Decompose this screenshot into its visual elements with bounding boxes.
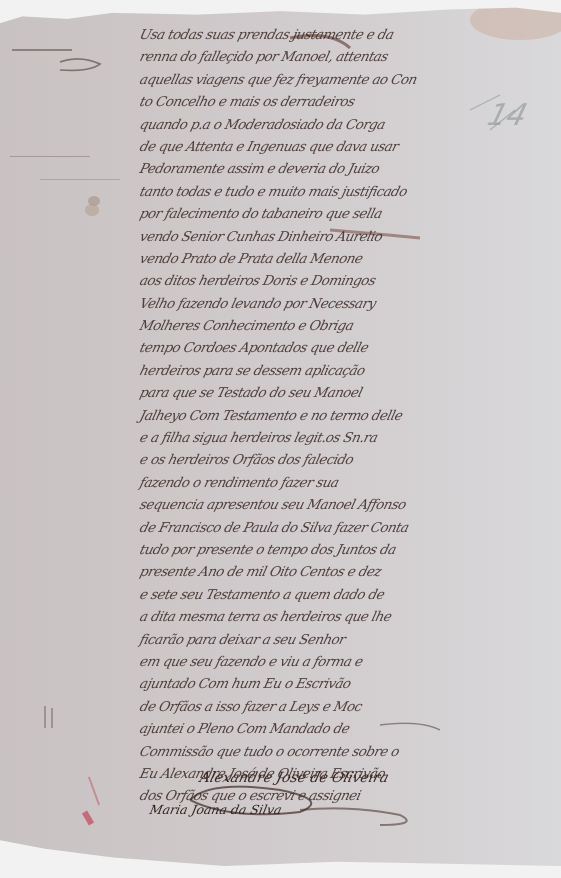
text-line: renna do falleçido por Manoel, attentas	[137, 46, 453, 68]
text-line: vendo Senior Cunhas Dinheiro Aurelio	[137, 226, 453, 248]
text-line: Pedoramente assim e deveria do Juizo	[137, 158, 453, 180]
text-line: Commissão que tudo o ocorrente sobre o	[137, 741, 453, 763]
text-line: aquellas viagens que fez freyamente ao C…	[137, 69, 453, 91]
text-line: fazendo o rendimento fazer sua	[137, 472, 453, 494]
text-line: ajuntei o Pleno Com Mandado de	[137, 718, 453, 740]
text-line: Jalheyo Com Testamento e no termo delle	[137, 405, 453, 427]
text-line: tanto todas e tudo e muito mais justific…	[137, 181, 453, 203]
text-line: em que seu fazendo e viu a forma e	[137, 651, 453, 673]
text-line: e os herdeiros Orfãos dos falecido	[137, 449, 453, 471]
text-line: to Concelho e mais os derradeiros	[137, 91, 453, 113]
marginal-note: Maria Joana da Silva	[148, 802, 283, 817]
text-line: presente Ano de mil Oito Centos e dez	[137, 561, 453, 583]
text-line: para que se Testado do seu Manoel	[137, 382, 453, 404]
text-line: aos ditos herdeiros Doris e Domingos	[137, 270, 453, 292]
signature: Alexandre José de Oliveira	[198, 770, 390, 786]
text-line: quando p.a o Moderadosiado da Corga	[137, 114, 453, 136]
text-line: de que Attenta e Ingenuas que dava usar	[137, 136, 453, 158]
text-line: vendo Prato de Prata della Menone	[137, 248, 453, 270]
text-line: Velho fazendo levando por Necessary	[137, 293, 453, 315]
text-line: sequencia apresentou seu Manoel Affonso	[137, 494, 453, 516]
text-line: Usa todas suas prendas justamente e da	[137, 24, 453, 46]
text-line: de Francisco de Paula do Silva fazer Con…	[137, 517, 453, 539]
text-line: a dita mesma terra os herdeiros que lhe	[137, 606, 453, 628]
text-line: herdeiros para se dessem aplicação	[137, 360, 453, 382]
text-line: tempo Cordoes Apontados que delle	[137, 337, 453, 359]
text-line: ajuntado Com hum Eu o Escrivão	[137, 673, 453, 695]
manuscript-text: Usa todas suas prendas justamente e da r…	[140, 24, 450, 808]
text-line: ficarão para deixar a seu Senhor	[137, 629, 453, 651]
text-line: e a filha sigua herdeiros legit.os Sn.ra	[137, 427, 453, 449]
text-line: por falecimento do tabaneiro que sella	[137, 203, 453, 225]
text-line: de Orfãos a isso fazer a Leys e Moc	[137, 696, 453, 718]
text-line: e sete seu Testamento a quem dado de	[137, 584, 453, 606]
text-line: Molheres Conhecimento e Obriga	[137, 315, 453, 337]
text-line: tudo por presente o tempo dos Juntos da	[137, 539, 453, 561]
